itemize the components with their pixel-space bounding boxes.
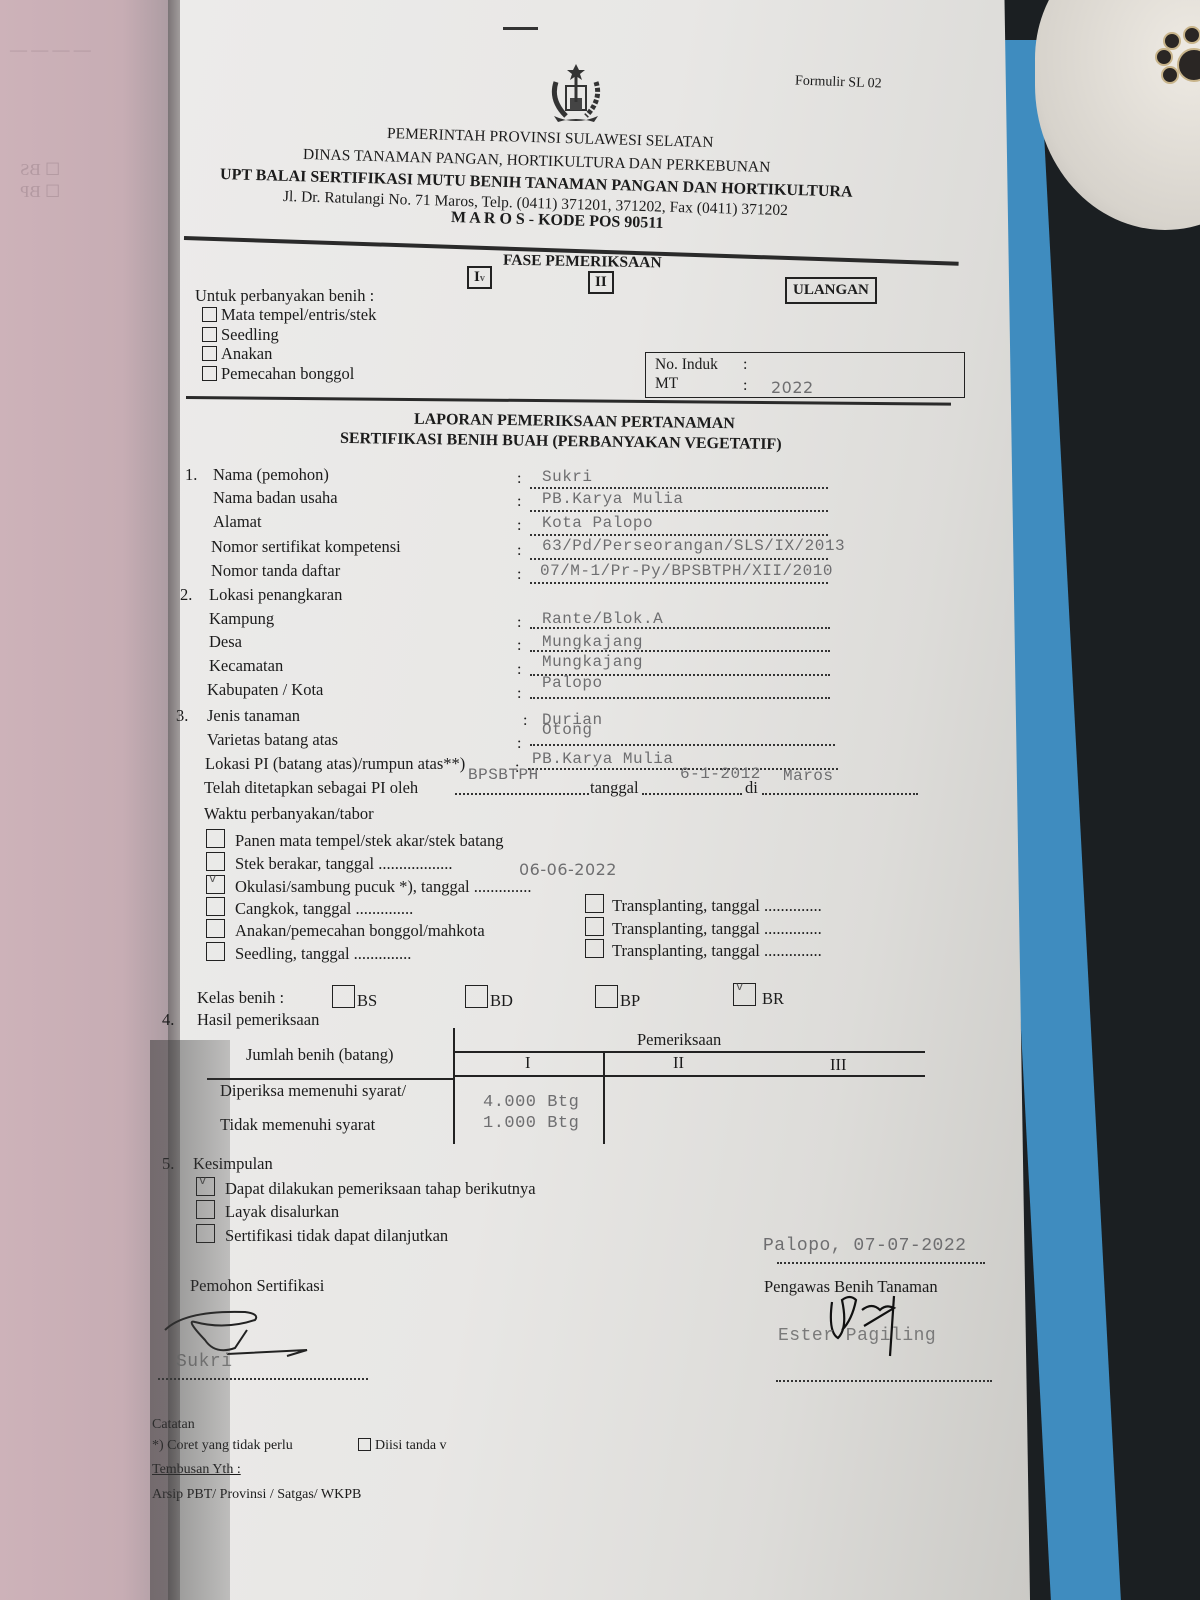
- section2-number: 2.: [180, 585, 192, 605]
- fill-line: [530, 558, 828, 560]
- checkbox[interactable]: [585, 939, 604, 958]
- field-label: Kampung: [209, 609, 274, 629]
- option-label: BS: [357, 991, 377, 1010]
- propagation-option-bulb-split[interactable]: Pemecahan bonggol: [202, 364, 354, 384]
- option-label: Anakan: [221, 344, 272, 363]
- transplanting-option[interactable]: Transplanting, tanggal ..............: [585, 939, 822, 961]
- checkbox[interactable]: [595, 985, 618, 1008]
- transplanting-option[interactable]: Transplanting, tanggal ..............: [585, 894, 822, 916]
- registry-mt-label: MT: [655, 375, 678, 393]
- kabupaten-value[interactable]: Palopo: [542, 674, 603, 692]
- pi-by-value[interactable]: BPSBTPH: [468, 766, 539, 784]
- option-label: Mata tempel/entris/stek: [221, 305, 376, 324]
- colon: :: [743, 356, 747, 374]
- table-divider: [603, 1052, 605, 1144]
- colon: :: [517, 614, 521, 632]
- timing-option[interactable]: Cangkok, tanggal ..............: [206, 897, 413, 919]
- section2-title: Lokasi penangkaran: [209, 585, 342, 605]
- timing-option[interactable]: Seedling, tanggal ..............: [206, 942, 411, 964]
- field-label: Desa: [209, 632, 242, 652]
- checkbox-checked[interactable]: [206, 875, 225, 894]
- fill-line: [530, 650, 830, 652]
- checkbox[interactable]: [585, 894, 604, 913]
- fill-line: [530, 510, 828, 512]
- field-label: Nama badan usaha: [213, 488, 338, 508]
- desa-value[interactable]: Mungkajang: [542, 633, 643, 651]
- colon: :: [517, 517, 521, 535]
- option-label: Panen mata tempel/stek akar/stek batang: [235, 831, 504, 850]
- report-title-1: LAPORAN PEMERIKSAAN PERTANAMAN: [414, 411, 735, 433]
- conclusion-option-stop[interactable]: Sertifikasi tidak dapat dilanjutkan: [196, 1224, 448, 1246]
- colon: :: [517, 735, 521, 753]
- seed-class-label: Kelas benih :: [197, 988, 284, 1008]
- report-title-2: SERTIFIKASI BENIH BUAH (PERBANYAKAN VEGE…: [340, 430, 782, 454]
- phase-box-1[interactable]: Iv: [467, 266, 492, 289]
- option-label: Dapat dilakukan pemeriksaan tahap beriku…: [225, 1179, 536, 1198]
- colon: :: [517, 685, 521, 703]
- propagation-option-offshoot[interactable]: Anakan: [202, 344, 272, 364]
- pi-at-label: di: [745, 778, 758, 798]
- timing-option[interactable]: Anakan/pemecahan bonggol/mahkota: [206, 919, 485, 941]
- colon: :: [523, 712, 527, 730]
- conclusion-option-next-stage[interactable]: Dapat dilakukan pemeriksaan tahap beriku…: [196, 1177, 536, 1199]
- section4-title: Hasil pemeriksaan: [197, 1010, 319, 1030]
- colon: :: [517, 470, 521, 488]
- checkbox[interactable]: [206, 942, 225, 961]
- note-check-mark: Diisi tanda v: [358, 1438, 447, 1454]
- table-divider: [455, 1075, 925, 1077]
- colon: :: [517, 661, 521, 679]
- option-label: Transplanting, tanggal ..............: [612, 896, 822, 915]
- kecamatan-value[interactable]: Mungkajang: [542, 653, 643, 671]
- propagation-option-budwood[interactable]: Mata tempel/entris/stek: [202, 305, 376, 325]
- address-value[interactable]: Kota Palopo: [542, 514, 653, 532]
- option-label: Stek berakar, tanggal ..................: [235, 854, 452, 873]
- timing-title: Waktu perbanyakan/tabor: [204, 804, 374, 824]
- seed-class-bd[interactable]: BD: [465, 985, 513, 1011]
- option-label: Okulasi/sambung pucuk *), tanggal ......…: [235, 877, 532, 896]
- fill-line: [762, 793, 918, 795]
- table-divider: [453, 1028, 455, 1144]
- inspector-signature: [820, 1282, 940, 1362]
- registration-number-value[interactable]: 07/M-1/Pr-Py/BPSBTPH/XII/2010: [540, 562, 833, 580]
- fill-line: [455, 793, 589, 795]
- checkbox[interactable]: [202, 366, 217, 381]
- fill-line: [530, 697, 830, 699]
- fill-line: [530, 487, 828, 489]
- phase-title: FASE PEMERIKSAAN: [503, 252, 662, 273]
- checkbox[interactable]: [206, 919, 225, 938]
- colon: :: [517, 542, 521, 560]
- fill-line: [776, 1380, 992, 1382]
- form-code: Formulir SL 02: [795, 73, 882, 92]
- field-label: Kabupaten / Kota: [207, 680, 323, 700]
- table-col-3: III: [830, 1055, 846, 1075]
- checkbox[interactable]: [585, 917, 604, 936]
- place-date-value: Palopo, 07-07-2022: [763, 1236, 966, 1256]
- checkbox-checked[interactable]: [733, 983, 756, 1006]
- grafting-date-value[interactable]: 06-06-2022: [519, 860, 617, 879]
- scion-variety-value[interactable]: Otong: [542, 721, 593, 739]
- staple-mark: [503, 27, 538, 30]
- table-col-1: I: [525, 1053, 531, 1073]
- phase-box-2[interactable]: II: [588, 271, 614, 294]
- section1-number: 1.: [185, 465, 197, 485]
- repeat-box[interactable]: ULANGAN: [785, 277, 877, 304]
- option-label: BP: [620, 991, 640, 1010]
- repeat-label: ULANGAN: [793, 282, 869, 298]
- checkbox[interactable]: [202, 346, 217, 361]
- pi-at-value[interactable]: Maros: [783, 767, 834, 785]
- fill-line: [530, 582, 828, 584]
- seed-class-bp[interactable]: BP: [595, 985, 640, 1011]
- table-divider: [207, 1078, 455, 1080]
- fill-line: [530, 534, 828, 536]
- phase-box-2-label: II: [595, 274, 607, 290]
- header-government: PEMERINTAH PROVINSI SULAWESI SELATAN: [387, 125, 714, 152]
- option-label: Sertifikasi tidak dapat dilanjutkan: [225, 1226, 448, 1245]
- field-label: Nomor sertifikat kompetensi: [211, 537, 401, 557]
- transplanting-option[interactable]: Transplanting, tanggal ..............: [585, 917, 822, 939]
- seed-class-br[interactable]: BR: [733, 983, 784, 1009]
- fill-line: [530, 744, 835, 746]
- option-label: BR: [762, 989, 784, 1008]
- option-label: BD: [490, 991, 513, 1010]
- checkbox[interactable]: [202, 307, 217, 322]
- provincial-seal-icon: [548, 62, 604, 124]
- timing-option[interactable]: Panen mata tempel/stek akar/stek batang: [206, 829, 504, 851]
- fill-line: [530, 627, 830, 629]
- table-row-label: Diperiksa memenuhi syarat/: [220, 1081, 406, 1101]
- field-label: Nomor tanda daftar: [211, 561, 340, 581]
- checkbox[interactable]: [332, 985, 355, 1008]
- option-label: Seedling: [221, 325, 279, 344]
- fill-line: [777, 1262, 985, 1264]
- table-cell-fail-value: 1.000 Btg: [483, 1114, 579, 1133]
- pi-date-label: tanggal: [590, 778, 639, 798]
- colon: :: [517, 566, 521, 584]
- applicant-name-value[interactable]: Sukri: [542, 468, 593, 486]
- phase-box-1-check: v: [480, 273, 485, 284]
- inspector-name: Ester Pagiling: [778, 1326, 936, 1346]
- note-label: Diisi tanda v: [375, 1438, 447, 1453]
- village-value[interactable]: Rante/Blok.A: [542, 610, 663, 628]
- field-label: Nama (pemohon): [213, 465, 329, 485]
- field-label: Lokasi PI (batang atas)/rumpun atas**): [205, 754, 465, 774]
- competency-cert-value[interactable]: 63/Pd/Perseorangan/SLS/IX/2013: [542, 537, 845, 555]
- checkbox[interactable]: [202, 327, 217, 342]
- table-row-header: Jumlah benih (batang): [246, 1045, 394, 1065]
- colon: :: [743, 377, 747, 395]
- option-label: Transplanting, tanggal ..............: [612, 941, 822, 960]
- field-label: Alamat: [213, 512, 262, 532]
- section3-number: 3.: [176, 706, 188, 726]
- field-label: Jenis tanaman: [207, 706, 300, 726]
- section4-number: 4.: [162, 1010, 174, 1030]
- shadow-overlay: [150, 1040, 230, 1600]
- colon: :: [517, 493, 521, 511]
- colon: :: [517, 637, 521, 655]
- pi-line-label: Telah ditetapkan sebagai PI oleh: [204, 778, 418, 798]
- table-col-2: II: [673, 1053, 684, 1073]
- checkbox[interactable]: [206, 852, 225, 871]
- fill-line: [642, 793, 742, 795]
- option-label: Layak disalurkan: [225, 1202, 339, 1221]
- option-label: Pemecahan bonggol: [221, 364, 354, 383]
- table-cell-pass-value: 4.000 Btg: [483, 1093, 579, 1112]
- checkbox[interactable]: [206, 897, 225, 916]
- registry-mt-value: 2022: [771, 378, 814, 397]
- propagation-title: Untuk perbanyakan benih :: [195, 286, 374, 306]
- business-name-value[interactable]: PB.Karya Mulia: [542, 490, 683, 508]
- timing-option-grafting[interactable]: Okulasi/sambung pucuk *), tanggal ......…: [206, 875, 532, 897]
- pi-location-value[interactable]: PB.Karya Mulia: [532, 750, 673, 768]
- checkbox[interactable]: [465, 985, 488, 1008]
- option-label: Anakan/pemecahan bonggol/mahkota: [235, 921, 485, 940]
- table-group-header: Pemeriksaan: [637, 1030, 721, 1050]
- checkbox-legend: [358, 1438, 371, 1451]
- table-row-label: Tidak memenuhi syarat: [220, 1115, 375, 1135]
- propagation-option-seedling[interactable]: Seedling: [202, 325, 279, 345]
- option-label: Cangkok, tanggal ..............: [235, 899, 413, 918]
- seed-class-bs[interactable]: BS: [332, 985, 377, 1011]
- field-label: Varietas batang atas: [207, 730, 338, 750]
- option-label: Transplanting, tanggal ..............: [612, 919, 822, 938]
- registry-no-induk-label: No. Induk: [655, 356, 718, 374]
- option-label: Seedling, tanggal ..............: [235, 944, 411, 963]
- checkbox[interactable]: [206, 829, 225, 848]
- field-label: Kecamatan: [209, 656, 283, 676]
- timing-option[interactable]: Stek berakar, tanggal ..................: [206, 852, 452, 874]
